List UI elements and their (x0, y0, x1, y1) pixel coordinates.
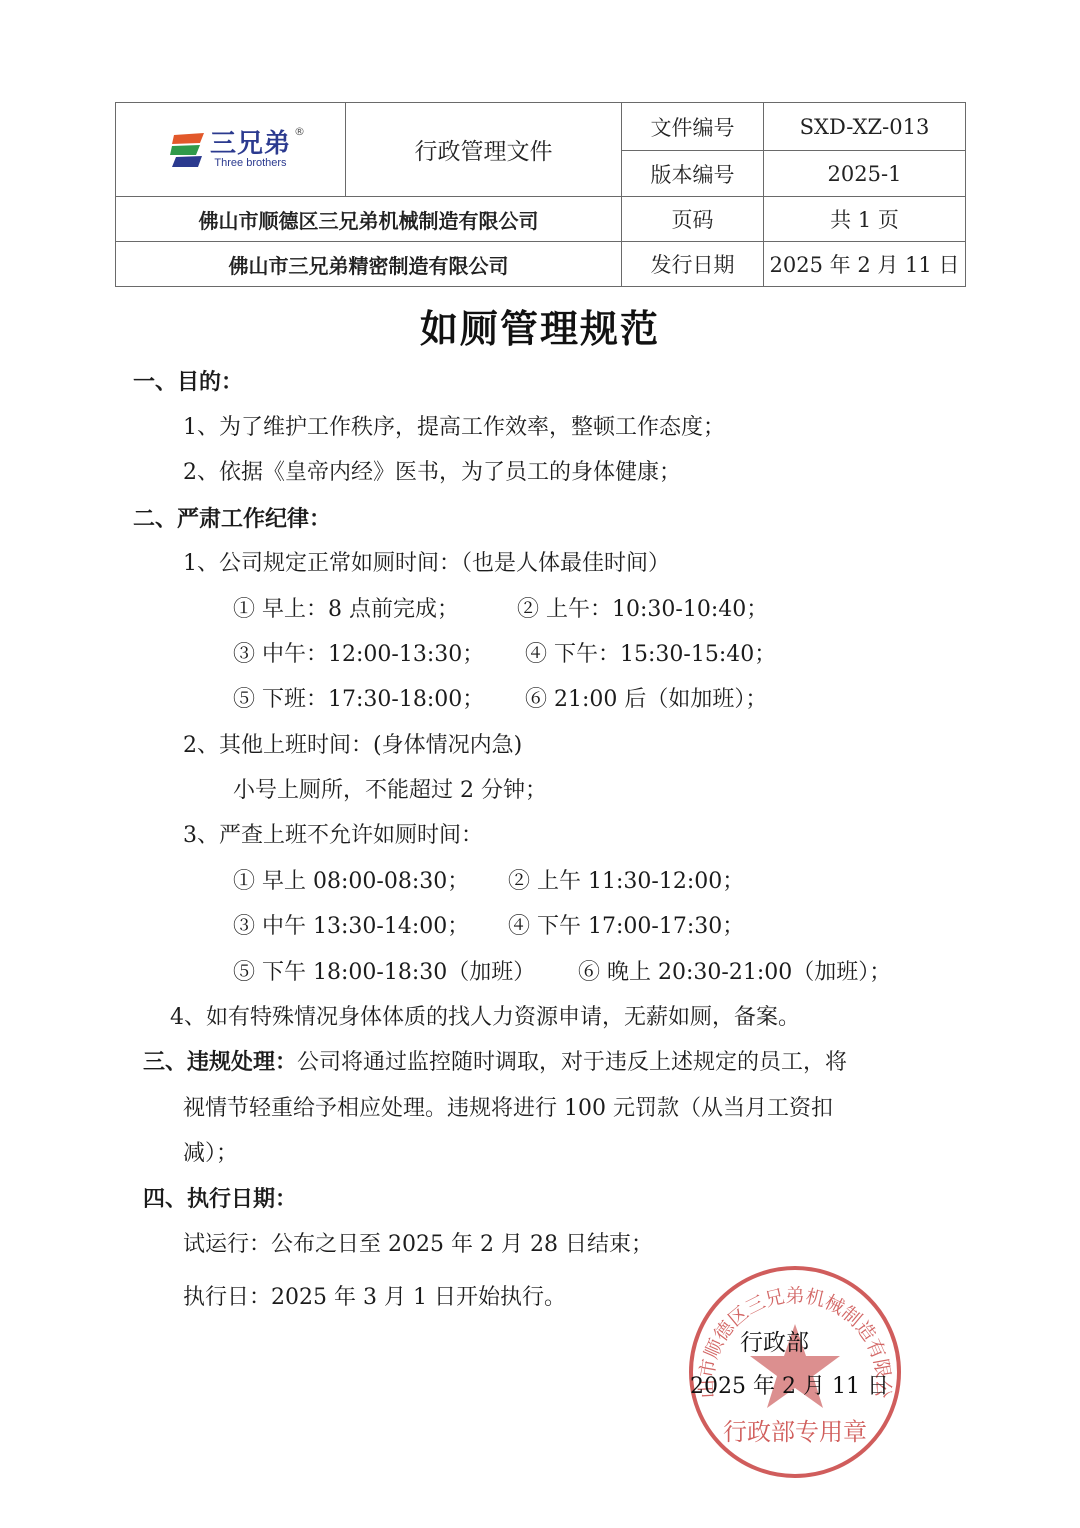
document-header-table: 三兄弟 Three brothers ® 行政管理文件 文件编号 SXD-XZ-… (115, 102, 966, 287)
time-slot: ⑤ 下班：17:30-18:00； (233, 682, 484, 713)
violation-paragraph: 三、违规处理：公司将通过监控随时调取，对于违反上述规定的员工，将 (143, 1045, 847, 1076)
logo-text-en: Three brothers (210, 157, 291, 169)
list-item: 1、为了维护工作秩序，提高工作效率，整顿工作态度； (183, 410, 725, 441)
time-slot: ④ 下午：15:30-15:40； (525, 637, 776, 668)
time-slot: ② 上午 11:30-12:00； (508, 864, 744, 895)
violation-text-line2: 视情节轻重给予相应处理。违规将进行 100 元罚款（从当月工资扣 (183, 1091, 833, 1122)
company-logo: 三兄弟 Three brothers ® (116, 131, 345, 169)
list-item: 2、依据《皇帝内经》医书，为了员工的身体健康； (183, 455, 681, 486)
field-label: 文件编号 (622, 103, 764, 151)
trial-period: 试运行：公布之日至 2025 年 2 月 28 日结束； (183, 1227, 653, 1258)
time-slot: ⑥ 21:00 后（如加班）； (525, 682, 767, 713)
field-value: SXD-XZ-013 (764, 103, 966, 151)
field-label: 版本编号 (622, 151, 764, 197)
time-slot: ② 上午：10:30-10:40； (517, 592, 768, 623)
logo-stripes-icon (170, 132, 206, 168)
time-slot: ① 早上：8 点前完成； (233, 592, 459, 623)
time-slot: ④ 下午 17:00-17:30； (508, 909, 744, 940)
time-slot: ⑤ 下午 18:00-18:30（加班） (233, 955, 535, 986)
logo-cell: 三兄弟 Three brothers ® (116, 103, 346, 197)
section-heading-dates: 四、执行日期： (143, 1182, 297, 1213)
field-label: 发行日期 (622, 242, 764, 287)
signing-department: 行政部 (740, 1324, 809, 1357)
company-name-2: 佛山市三兄弟精密制造有限公司 (116, 242, 622, 287)
time-slot: ① 早上 08:00-08:30； (233, 864, 469, 895)
logo-text-cn: 三兄弟 (210, 131, 291, 157)
time-slot: ③ 中午：12:00-13:30； (233, 637, 484, 668)
time-slot: ③ 中午 13:30-14:00； (233, 909, 469, 940)
company-name-1: 佛山市顺德区三兄弟机械制造有限公司 (116, 197, 622, 242)
registered-mark: ® (294, 125, 305, 138)
list-item: 2、其他上班时间：(身体情况内急) (183, 728, 522, 759)
section-heading-violation: 三、违规处理： (143, 1050, 297, 1075)
field-label: 页码 (622, 197, 764, 242)
section-heading-purpose: 一、目的： (133, 365, 243, 396)
signing-date: 2025 年 2 月 11 日 (690, 1369, 889, 1400)
field-value: 共 1 页 (764, 197, 966, 242)
list-item: 1、公司规定正常如厕时间：（也是人体最佳时间） (183, 546, 670, 577)
stamp-center-text: 行政部专用章 (723, 1418, 867, 1446)
time-slot: ⑥ 晚上 20:30-21:00（加班）； (578, 955, 891, 986)
effective-date: 执行日：2025 年 3 月 1 日开始执行。 (183, 1280, 566, 1311)
field-value: 2025-1 (764, 151, 966, 197)
violation-text-line3: 减）； (183, 1136, 238, 1167)
field-value: 2025 年 2 月 11 日 (764, 242, 966, 287)
document-category: 行政管理文件 (346, 103, 622, 197)
violation-text-line1: 公司将通过监控随时调取，对于违反上述规定的员工，将 (297, 1050, 847, 1075)
list-item: 4、如有特殊情况身体体质的找人力资源申请，无薪如厕，备案。 (170, 1000, 800, 1031)
list-item: 3、严查上班不允许如厕时间： (183, 818, 483, 849)
page-title: 如厕管理规范 (0, 298, 1080, 353)
list-item-detail: 小号上厕所，不能超过 2 分钟； (233, 773, 547, 804)
section-heading-discipline: 二、严肃工作纪律： (133, 502, 331, 533)
